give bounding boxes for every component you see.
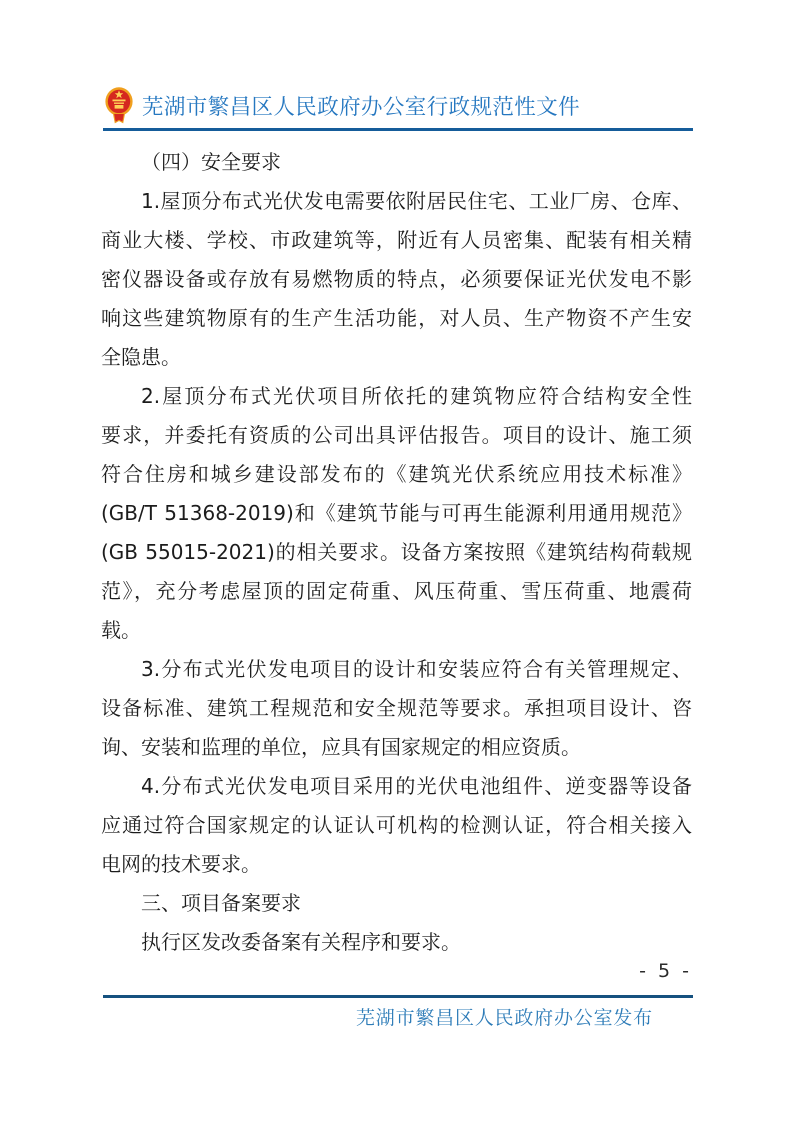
header-title: 芜湖市繁昌区人民政府办公室行政规范性文件 [142,90,580,121]
document-line: 电网的技术要求。 [101,845,692,884]
document-line: 设备标准、建筑工程规范和安全规范等要求。承担项目设计、咨 [101,689,692,728]
document-line: (GB/T 51368-2019)和《建筑节能与可再生能源利用通用规范》 [101,494,692,533]
document-page: 芜湖市繁昌区人民政府办公室行政规范性文件 （四）安全要求 1.屋顶分布式光伏发电… [0,0,793,1122]
document-line: 4.分布式光伏发电项目采用的光伏电池组件、逆变器等设备 [101,767,692,806]
document-line: 询、安装和监理的单位，应具有国家规定的相应资质。 [101,728,692,767]
document-line: 响这些建筑物原有的生产生活功能，对人员、生产物资不产生安 [101,299,692,338]
document-line: 密仪器设备或存放有易燃物质的特点，必须要保证光伏发电不影 [101,260,692,299]
document-line: 商业大楼、学校、市政建筑等，附近有人员密集、配装有相关精 [101,221,692,260]
document-line: 应通过符合国家规定的认证认可机构的检测认证，符合相关接入 [101,806,692,845]
header-banner: 芜湖市繁昌区人民政府办公室行政规范性文件 [103,84,693,126]
document-line: 执行区发改委备案有关程序和要求。 [101,923,692,962]
header-divider-rule [103,128,693,131]
document-body: （四）安全要求 1.屋顶分布式光伏发电需要依附居民住宅、工业厂房、仓库、 商业大… [101,143,692,962]
footer-publisher: 芜湖市繁昌区人民政府办公室发布 [356,1003,653,1033]
document-line: 3.分布式光伏发电项目的设计和安装应符合有关管理规定、 [101,650,692,689]
national-emblem-icon [103,85,135,125]
document-line: (GB 55015-2021)的相关要求。设备方案按照《建筑结构荷载规 [101,533,692,572]
footer-divider-rule [103,995,693,998]
document-section-heading: 三、项目备案要求 [101,884,692,923]
document-line: 符合住房和城乡建设部发布的《建筑光伏系统应用技术标准》 [101,455,692,494]
document-line: 1.屋顶分布式光伏发电需要依附居民住宅、工业厂房、仓库、 [101,182,692,221]
document-line: （四）安全要求 [101,143,692,182]
document-line: 全隐患。 [101,338,692,377]
document-line: 载。 [101,611,692,650]
document-line: 范》，充分考虑屋顶的固定荷重、风压荷重、雪压荷重、地震荷 [101,572,692,611]
page-number: - 5 - [639,956,692,986]
document-line: 2.屋顶分布式光伏项目所依托的建筑物应符合结构安全性 [101,377,692,416]
document-line: 要求，并委托有资质的公司出具评估报告。项目的设计、施工须 [101,416,692,455]
